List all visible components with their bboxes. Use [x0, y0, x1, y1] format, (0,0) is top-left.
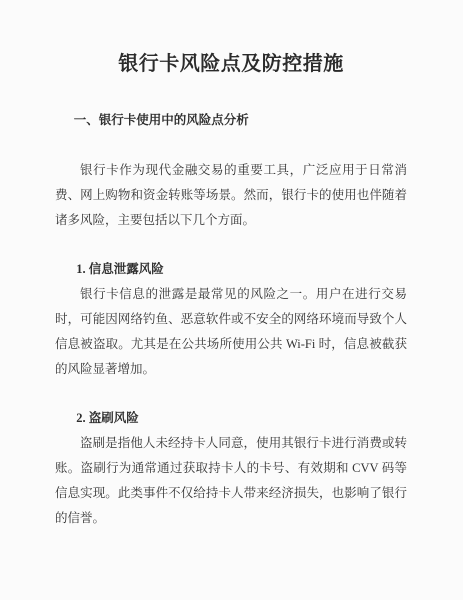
subsection-2-heading: 2. 盗刷风险: [55, 406, 407, 431]
document-page: 银行卡风险点及防控措施 一、银行卡使用中的风险点分析 银行卡作为现代金融交易的重…: [0, 0, 463, 600]
subsection-2-body: 盗刷是指他人未经持卡人同意，使用其银行卡进行消费或转账。盗刷行为通常通过获取持卡…: [55, 431, 407, 531]
subsection-1-body: 银行卡信息的泄露是最常见的风险之一。用户在进行交易时，可能因网络钓鱼、恶意软件或…: [55, 282, 407, 382]
intro-paragraph: 银行卡作为现代金融交易的重要工具，广泛应用于日常消费、网上购物和资金转账等场景。…: [55, 158, 407, 233]
section-heading: 一、银行卡使用中的风险点分析: [55, 108, 407, 133]
document-title: 银行卡风险点及防控措施: [55, 51, 407, 78]
subsection-1-heading: 1. 信息泄露风险: [55, 257, 407, 282]
